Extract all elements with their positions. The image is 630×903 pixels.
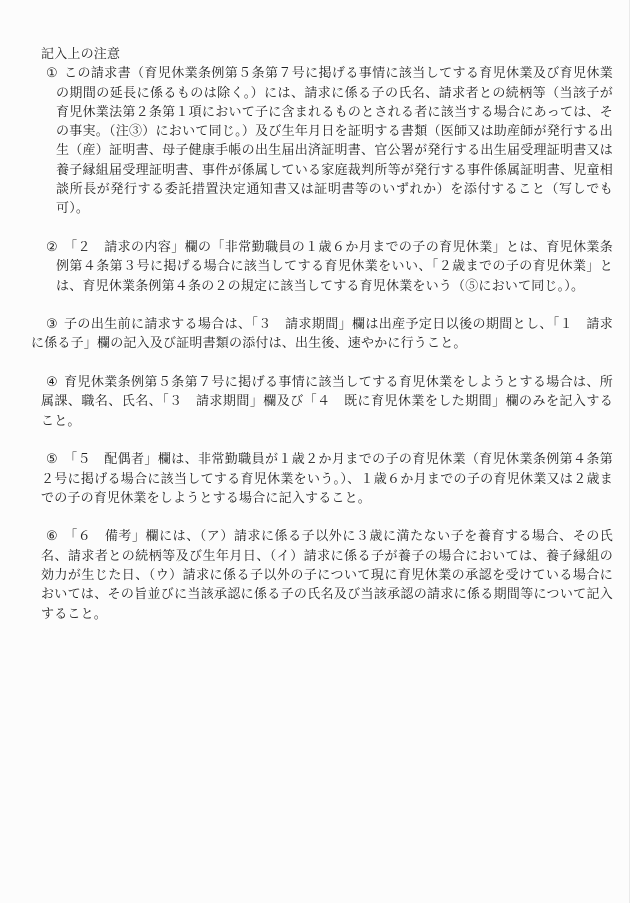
note-text-1: この請求書（育児休業条例第５条第７号に掲げる事情に該当してする育児休業及び育児休… — [56, 65, 613, 215]
document-page: 記入上の注意 ①この請求書（育児休業条例第５条第７号に掲げる事情に該当してする育… — [0, 0, 630, 623]
note-item-5: ⑤「５ 配偶者」欄は、非常勤職員が１歳２か月までの子の育児休業（育児休業条例第４… — [31, 449, 613, 507]
note-marker-2: ② — [46, 239, 58, 254]
note-item-3: ③子の出生前に請求する場合は、「３ 請求期間」欄は出産予定日以後の期間とし、「１… — [31, 314, 613, 353]
note-marker-6: ⑥ — [46, 528, 58, 543]
note-text-6: 「６ 備考」欄には、（ア）請求に係る子以外に３歳に満たない子を養育する場合、その… — [41, 528, 613, 620]
note-marker-4: ④ — [46, 374, 58, 389]
note-item-1: ①この請求書（育児休業条例第５条第７号に掲げる事情に該当してする育児休業及び育児… — [31, 63, 613, 217]
note-text-3: 子の出生前に請求する場合は、「３ 請求期間」欄は出産予定日以後の期間とし、「１ … — [31, 316, 613, 350]
page-title: 記入上の注意 — [41, 44, 613, 63]
note-item-4: ④育児休業条例第５条第７号に掲げる事情に該当してする育児休業をしようとする場合は… — [31, 372, 613, 430]
note-text-4: 育児休業条例第５条第７号に掲げる事情に該当してする育児休業をしようとする場合は、… — [41, 374, 613, 428]
note-text-2: 「２ 請求の内容」欄の「非常勤職員の１歳６か月までの子の育児休業」とは、育児休業… — [56, 239, 613, 293]
note-text-5: 「５ 配偶者」欄は、非常勤職員が１歳２か月までの子の育児休業（育児休業条例第４条… — [41, 451, 613, 505]
note-item-2: ②「２ 請求の内容」欄の「非常勤職員の１歳６か月までの子の育児休業」とは、育児休… — [31, 237, 613, 295]
note-marker-1: ① — [46, 65, 58, 80]
note-marker-5: ⑤ — [46, 451, 58, 466]
note-item-6: ⑥「６ 備考」欄には、（ア）請求に係る子以外に３歳に満たない子を養育する場合、そ… — [31, 526, 613, 622]
note-marker-3: ③ — [46, 316, 58, 331]
